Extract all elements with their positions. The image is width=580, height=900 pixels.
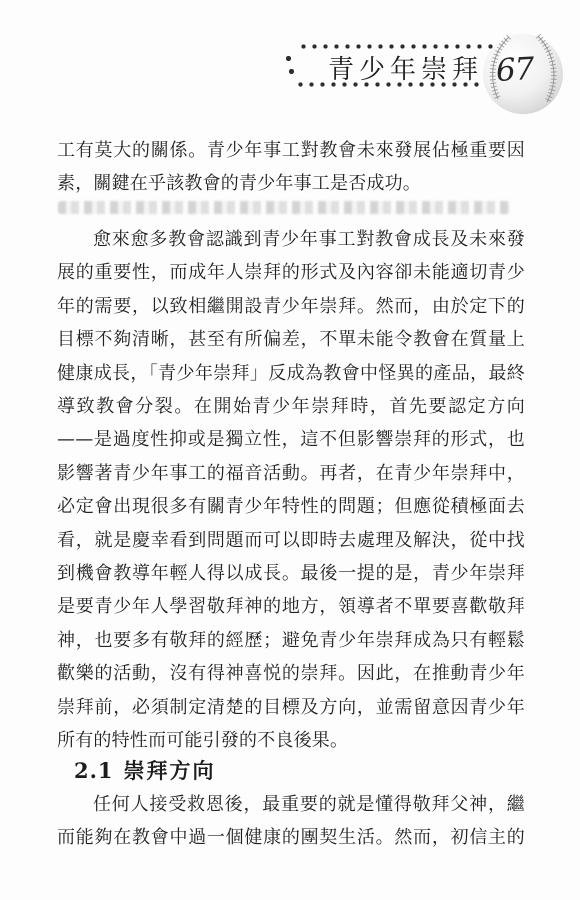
section-paragraph-1: 任何人接受救恩後，最重要的就是懂得敬拜父神，繼而能夠在教會中過一個健康的團契生活… — [57, 788, 525, 856]
bleed-through-text-line — [58, 201, 510, 214]
page-number: 67 — [495, 51, 534, 89]
chapter-title: 青少年崇拜 — [328, 49, 464, 86]
body-paragraph-1: 工有莫大的關係。青少年事工對教會未來發展佔極重要因素，關鍵在乎該教會的青少年事工… — [57, 134, 525, 202]
dotted-border-left-dot — [289, 69, 294, 74]
section-title: 崇拜方向 — [124, 758, 216, 783]
section-number: 2.1 — [74, 758, 114, 783]
section-heading: 2.1崇拜方向 — [74, 755, 216, 785]
baseball-icon: 67 — [481, 32, 565, 116]
dotted-border-left-dot — [286, 56, 291, 61]
body-paragraph-2: 愈來愈多教會認識到青少年事工對教會成長及未來發展的重要性，而成年人崇拜的形式及內… — [57, 223, 525, 759]
book-page: 青少年崇拜 67 工有莫大的關係。青少年事工對教會未來發展佔極重要因素 — [0, 0, 580, 900]
